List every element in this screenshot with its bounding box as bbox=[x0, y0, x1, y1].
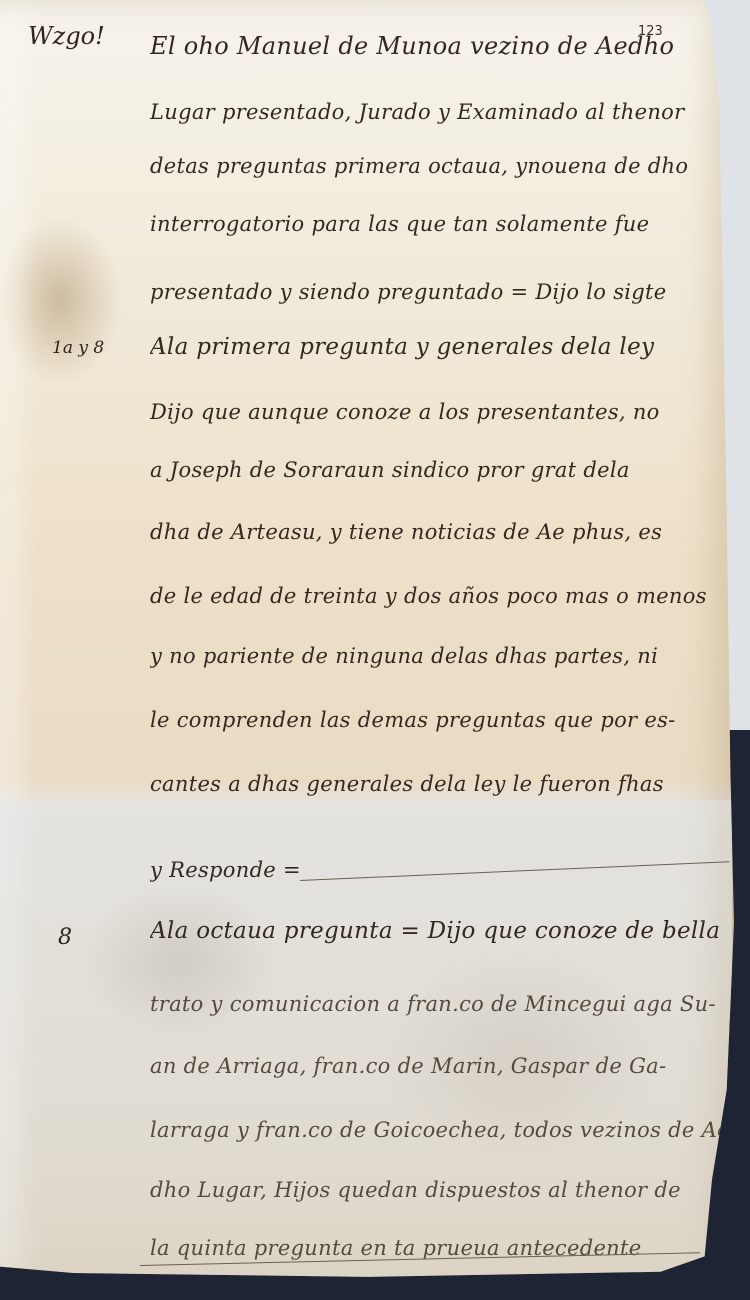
text-line: interrogatorio para las que tan solament… bbox=[150, 212, 725, 236]
text-line: dha de Arteasu, y tiene noticias de Ae p… bbox=[150, 520, 725, 544]
text-line: Lugar presentado, Jurado y Examinado al … bbox=[150, 100, 725, 124]
text-line: Dijo que aunque conoze a los presentante… bbox=[150, 400, 725, 424]
text-line: dho Lugar, Hijos quedan dispuestos al th… bbox=[150, 1178, 725, 1202]
text-line: y no pariente de ninguna delas dhas part… bbox=[150, 644, 725, 668]
text-line: la quinta pregunta en ta prueua antecede… bbox=[150, 1236, 725, 1260]
text-line: cantes a dhas generales dela ley le fuer… bbox=[150, 772, 725, 796]
text-line: y Responde = bbox=[150, 858, 300, 882]
text-line: presentado y siendo preguntado = Dijo lo… bbox=[150, 280, 725, 304]
text-line: larraga y fran.co de Goicoechea, todos v… bbox=[150, 1118, 725, 1142]
margin-note-witness: Wzgo! bbox=[28, 22, 105, 50]
backdrop-dark-edge bbox=[732, 730, 750, 1300]
text-line: detas preguntas primera octaua, ynouena … bbox=[150, 154, 725, 178]
text-line: an de Arriaga, fran.co de Marin, Gaspar … bbox=[150, 1054, 725, 1078]
text-line: de le edad de treinta y dos años poco ma… bbox=[150, 584, 725, 608]
text-line: Ala primera pregunta y generales dela le… bbox=[150, 334, 725, 360]
margin-note-questions: 1a y 8 bbox=[52, 338, 104, 358]
text-line: Ala octaua pregunta = Dijo que conoze de… bbox=[150, 918, 725, 944]
text-line: a Joseph de Soraraun sindico pror grat d… bbox=[150, 458, 725, 482]
manuscript-page: 123 Wzgo! 1a y 8 8 El oho Manuel de Muno… bbox=[0, 0, 734, 1282]
text-line: El oho Manuel de Munoa vezino de Aedho bbox=[150, 32, 725, 60]
lighting-band bbox=[0, 800, 732, 1282]
text-line: trato y comunicacion a fran.co de Minceg… bbox=[150, 992, 725, 1016]
closing-rule bbox=[300, 861, 730, 881]
text-line: le comprenden las demas preguntas que po… bbox=[150, 708, 725, 732]
margin-note-question-8: 8 bbox=[58, 925, 72, 950]
